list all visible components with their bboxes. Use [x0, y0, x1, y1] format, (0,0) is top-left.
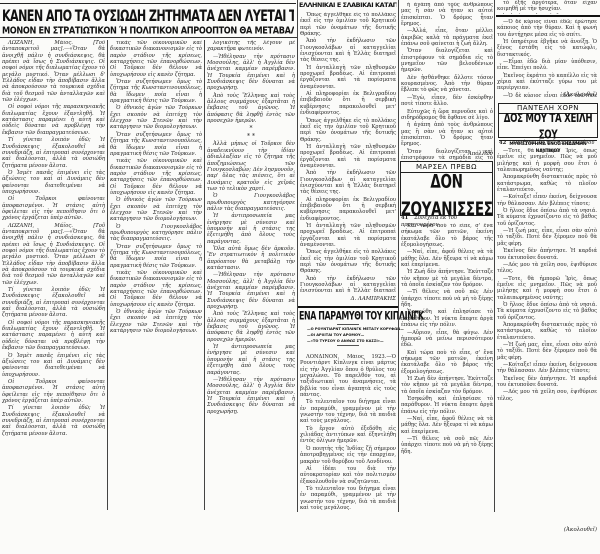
paragraph: Τί γίνεται λοιπὸν ἐδῶ; Ἡ Συνδιάσκεψις ἐξ…	[2, 137, 105, 169]
paragraph: Ἐκεῖνος ἐκράτει τὸ καπέλλο εἰς τὰ χέρια …	[497, 73, 597, 92]
paragraph: Αἱ πληροφορίαι ἐκ Βελιγραδίου ἐπιβεβαιοῦ…	[300, 197, 396, 222]
paragraph: ΛΩΖΑΝΗ, Μάϊος. [Τοῦ ἀνταποκριτοῦ μας].—«…	[2, 223, 105, 286]
lead-article-column-1: ΛΩΖΑΝΗ, Μάϊος. [Τοῦ ἀνταποκριτοῦ μας].—«…	[2, 40, 105, 510]
paragraph: Ὅπως ἀγγελθήκε εἰς τὸ πολλάκις ἐκεῖ εἰς …	[300, 249, 396, 274]
middle-column-headline: ΕΛΛΗΝΙΚΑΙ Ε ΣΛΑΒΙΚΑΙ ΚΑΤΑΓΓΕΛΙΑΙ	[299, 1, 397, 9]
paragraph: Ὁ ἐθνικὸς ἀγὼν τῶν Τούρκων ἔχει σκοπὸν ν…	[110, 309, 202, 334]
paragraph: Ἡ ἀνταλλαγὴ τῶν πληθυσμῶν προχωρεῖ βραδέ…	[300, 223, 396, 248]
paragraph: Ἐσηκώθη καὶ ἐπλησίασε τὸ παράθυρον. Ἡ νύ…	[401, 396, 493, 415]
paragraph: —Ἐγὼ, εἶπεν, δὲν ἐσκέφθην ποτὲ τίποτε ἄλ…	[401, 95, 493, 108]
paragraph: Ἡ ἀνταλλαγὴ τῶν πληθυσμῶν προχωρεῖ βραδέ…	[300, 65, 396, 90]
paragraph: Ἡ ἀντιπροσωπεία μας ἐνήργησε μὲ σύνεσιν …	[207, 344, 295, 376]
paragraph: ΛΟΝΔΙΝΟΝ, Μάϊος 1923.—Ὁ Ρουντιάρντ Κίπλι…	[300, 354, 396, 398]
paragraph: Ὅλα αὐτὰ ὅμως δὲν ἀρκοῦν. Ἓν στρατιωτικὸ…	[207, 246, 295, 271]
column-rule	[494, 0, 495, 512]
paragraph: —Τοτε, θὰ ἠμπορῶ Ἰρὶς, ὅπως ἐμεῖνε εἰς μ…	[497, 276, 597, 301]
serial-title: ΔΟΣ ΜΟΥ ΤΑ ΧΕΙΛΗ ΣΟΥ	[499, 111, 597, 144]
paragraph: τὸ ἐξῆς ἀργότερα, ὅταν εἶχαν κοιμηθῆ μὲ …	[497, 0, 597, 13]
paragraph: Ἀλλὰ μήπως οἱ Τοῦρκοι δὲν ἀναδεικνύουν τ…	[207, 141, 295, 192]
paragraph: —Ναί, εἶπε, ἀφοῦ θέλεις νὰ τὰ μάθῃς ὅλα.…	[401, 249, 493, 268]
fiction-continuation: ἡ ἀγάπη ἀπὸ τοὺς ἀνθρώπους μας ἢ σὰν νὰ …	[401, 2, 493, 162]
paragraph: Ἡ Ζωὴ δὲν ἀπήντησε. Ἐκύτταζε τὸν κῆπον μ…	[401, 376, 493, 395]
episode-number: 42	[499, 140, 506, 146]
paragraph: Εὐτυχῶς ἡ ὥρα περνοῦσε καὶ ὁ σιδηρόδρομο…	[401, 109, 493, 122]
kipling-story-body: ΛΟΝΔΙΝΟΝ, Μάϊος 1923.—Ὁ Ρουντιάρντ Κίπλι…	[300, 354, 396, 512]
section-rule	[496, 15, 600, 17]
paragraph: Οἱ σοφοὶ νόμοι τῆς παρασκηνιακῆς διπλωμα…	[2, 104, 105, 136]
paragraph: —Ἠθέλησαν τὴν πρότασιν Μοσσούλης, ἀλλ' ἡ…	[207, 54, 295, 92]
paragraph: Ἡ ἀντιπροσωπεία μας ἐνήργησε μὲ σύνεσιν …	[207, 213, 295, 245]
paragraph: Οἱ Τοῦρκοι φαίνονται ἀποφασισμένοι. Ἡ στ…	[2, 196, 105, 221]
paragraph: Τὸ ἔργον αὐτὸ ἐξεδόθη εἰς χιλιάδας ἀντιτ…	[300, 426, 396, 445]
paragraph: Ὁ ἥλιος ἔδυε ὀπίσω ἀπὸ τὰ νησιά. Τὰ κύμα…	[497, 302, 597, 321]
episode-label: Συνέχεια ἐκ τοῦ προηγουμένου	[512, 140, 594, 146]
episode-number: 41	[401, 215, 408, 221]
paragraph: Ἀπὸ τὴν ἐκδήλωσιν τῶν Γιουγκοσλάβων αἱ κ…	[300, 170, 396, 195]
paragraph: Ὁ ἥλιος ἔδυε ὀπίσω ἀπὸ τὰ νησιά. Τὰ κύμα…	[497, 208, 597, 227]
paragraph: Ὁ Γιουγκοσλάβος πρωθυπουργὸς κατηγόρησε …	[110, 224, 202, 243]
paragraph: Τὸ τελευταῖον του διήγημα εἶναι ἐν παραμ…	[300, 486, 396, 511]
paragraph: Ἐκεῖνος δὲν ἀπήντησε. Ἡ καρδιά του ἐκτυπ…	[497, 248, 597, 261]
paragraph: Ἐκεῖνος δὲν ἀπήντησε. Ἡ καρδιά του ἐκτυπ…	[497, 376, 597, 389]
serial-body-don-zouanisses: Καὶ τώρα ποὺ τὸ εἶπε, σ' ἕνα σήκωμα τῶν …	[401, 223, 493, 512]
paragraph: τικὰς τῶν οἰκονομικῶν καὶ δικαστικῶν δια…	[110, 158, 202, 196]
serial-header-dos-mou-ta-xeili-sou: ΠΑΝΤΕΛΗ ΧΟΡΝ ΔΟΣ ΜΟΥ ΤΑ ΧΕΙΛΗ ΣΟΥ ΜΥΘΙΣΤ…	[498, 103, 598, 138]
paragraph: Ὅταν διαλογίζεται καὶ ἐπιστρέφουν τὰ σημ…	[401, 48, 493, 73]
paragraph: —Δός μου τὰ χείλη σου, ἐψιθύρισε τέλος.	[497, 389, 597, 402]
paragraph: Δὲν ἠσθάνθηκε ἄλλοτε τόσον κουρασμένος. …	[401, 75, 493, 94]
lead-article-column-2: τικὰς τῶν οἰκονομικῶν καὶ δικαστικῶν δια…	[110, 40, 202, 510]
paragraph: Καὶ τώρα ποὺ τὸ εἶπε, σ' ἕνα σήκωμα τῶν …	[401, 223, 493, 248]
right-column-fiction: —Ὁ δὲ κύριος εἶναι ἐδῶ; ἐρώτησε κάποιος …	[497, 19, 597, 97]
paragraph: —Αὔριον, εἶπε, θὰ φύγω. Δὲν ἠμπορῶ νὰ με…	[401, 330, 493, 349]
paragraph: Ἀπομακρύνθη διστακτικός πρὸς τὸ κατάστρω…	[497, 174, 597, 193]
story-subhead: —«ΤΟ ΤΥΡΣΟΥ Ο ΑΝΘΩΣ ΣΤΟ ΚΑΣΣΙ»—	[299, 338, 397, 344]
paragraph: ἡ ἀγάπη ἀπὸ τοὺς ἀνθρώπους μας ἢ σὰν νὰ …	[401, 122, 493, 147]
paragraph: Ἡ ὑπηρέτρια ἐβγῆκε νὰ ἀνοίξῃ. Ὁ ξένος ἐσ…	[497, 39, 597, 58]
short-divider	[337, 345, 359, 346]
paragraph: λογικότης τῆς λέγουν μὲ χαρακτῆρα φωτειν…	[207, 40, 295, 53]
paragraph: —Τοτε, θὰ ἠμπορῶ Ἰρὶς, ὅπως ἐμεῖνε εἰς μ…	[497, 148, 597, 173]
paragraph: —Τί θέλεις νὰ σοῦ πῶ; Δὲν ὑπάρχει τίποτε…	[401, 289, 493, 308]
paragraph: —Ἡ ζωή μας, εἶπε, εἶναι σὰν αὐτὸ τὸ ταξί…	[497, 228, 597, 247]
serial-header-don-zouanisses: ΜΑΡΣΕΛ ΠΡΕΒΩ ΔΟΝ ΖΟΥΑΝΙΣΣΕΣ	[400, 161, 493, 216]
fiction-signature: Ἀπόλλων	[401, 151, 501, 157]
paragraph: Τί γίνεται λοιπὸν ἐδῶ; Ἡ Συνδιάσκεψις ἐξ…	[2, 287, 105, 319]
top-rule	[0, 3, 296, 4]
paragraph: Ὁ Γιουγκοσλάβος πρωθυπουργὸς κατηγόρησε …	[207, 193, 295, 212]
paragraph: Ὁ Ἰσμὲτ πασᾶς ἐπιμένει εἰς τὰς ἀξιώσεις …	[2, 353, 105, 378]
paragraph: Αἱ πληροφορίαι ἐκ Βελιγραδίου ἐπιβεβαιοῦ…	[300, 91, 396, 116]
paragraph: Ὁ ἐθνικὸς ἀγὼν τῶν Τούρκων ἔχει σκοπὸν ν…	[110, 105, 202, 130]
paragraph: —Τί θέλεις νὰ σοῦ πῶ; Δὲν ὑπάρχει τίποτε…	[401, 436, 493, 455]
byline-signature: Δ. ΛΑΜΠΡΑΚΗΣ	[300, 296, 404, 302]
paragraph: Ἀπὸ τοὺς Ἕλληνας καὶ τοὺς ἄλλους συμμάχο…	[207, 311, 295, 343]
right-column-top: τὸ ἐξῆς ἀργότερα, ὅταν εἶχαν κοιμηθῆ μὲ …	[497, 0, 597, 14]
paragraph: Ὁ Ἰσμὲτ πασᾶς ἐπιμένει εἰς τὰς ἀξιώσεις …	[2, 170, 105, 195]
paragraph: Ὁ ἐθνικὸς ἀγὼν τῶν Τούρκων ἔχει σκοπὸν ν…	[110, 197, 202, 222]
paragraph: —Εἶμαι ἐδῶ διὰ μίαν ὑπόθεσιν, εἶπε. Ἐπεί…	[497, 59, 597, 72]
paragraph: Ἀπὸ τὴν ἐκδήλωσιν τῶν Γιουγκοσλάβων αἱ κ…	[300, 276, 396, 292]
paragraph: Αἱ ἰδέαι του διὰ τὴν αὐτοκρατορίαν καὶ τ…	[300, 466, 396, 485]
newspaper-page: ΚΑΝΕΝ ΑΠΟ ΤΑ ΟΥΣΙΩΔΗ ΖΗΤΗΜΑΤΑ ΔΕΝ ΛΥΕΤΑΙ…	[0, 0, 600, 554]
column-rule	[297, 0, 298, 512]
paragraph: —Δός μου τὰ χείλη σου, ἐψιθύρισε τέλος.	[497, 262, 597, 275]
paragraph: Οἱ Τοῦρκοι φαίνονται ἀποφασισμένοι. Ἡ στ…	[2, 379, 105, 404]
lead-headline-main: ΚΑΝΕΝ ΑΠΟ ΤΑ ΟΥΣΙΩΔΗ ΖΗΤΗΜΑΤΑ ΔΕΝ ΛΥΕΤΑΙ…	[2, 6, 294, 25]
paragraph: Ὁ ποιητὴς τῆς Ἰνδίας ζῇ σήμερον ἀποτραβη…	[300, 446, 396, 465]
paragraph: —Κοίταξε! εἶπεν ἐκείνη, δείχνουσα τὴν θά…	[497, 194, 597, 207]
paragraph: —Ἀλλά, εἶπε, ὅταν μέλλει ἀκριβῶς καλὰ τὰ…	[401, 28, 493, 47]
serial-body-dos-mou: —Τοτε, θὰ ἠμπορῶ Ἰρὶς, ὅπως ἐμεῖνε εἰς μ…	[497, 148, 597, 514]
paragraph: Οἱ σοφοὶ νόμοι τῆς παρασκηνιακῆς διπλωμα…	[2, 320, 105, 352]
paragraph: τικὰς τῶν οἰκονομικῶν καὶ δικαστικῶν δια…	[110, 270, 202, 308]
paragraph: ΛΩΖΑΝΗ, Μάϊος. [Τοῦ ἀνταποκριτοῦ μας].—«…	[2, 40, 105, 103]
paragraph: Τί γίνεται λοιπὸν ἐδῶ; Ἡ Συνδιάσκεψις ἐξ…	[2, 405, 105, 437]
paragraph: Ἐσηκώθη καὶ ἐπλησίασε τὸ παράθυρον. Ἡ νύ…	[401, 309, 493, 328]
middle-column-top-article: Ὅπως ἀγγελθήκε εἰς τὸ πολλάκις ἐκεῖ εἰς …	[300, 12, 396, 292]
column-rule	[107, 40, 108, 510]
story-header: ΕΝΑ ΠΑΡΑΜΥΘΙ ΤΟΥ ΚΙΠΛΙΝΓΚ —Ο ΡΟΥΝΤΙΑΡΝΤ …	[299, 311, 397, 347]
paragraph: ἡ ἀγάπη ἀπὸ τοὺς ἀνθρώπους μας ἢ σὰν νὰ …	[401, 2, 493, 27]
paragraph: Ἀπομακρύνθη διστακτικός πρὸς τὸ κατάστρω…	[497, 322, 597, 341]
headline-rule	[0, 37, 297, 38]
paragraph: —Ἠθέλησαν τὴν πρότασιν Μοσσούλης, ἀλλ' ἡ…	[207, 272, 295, 310]
paragraph: Ὅταν συζητήσωμεν ὅμως τὸ ζήτημα τῆς Κωνσ…	[110, 244, 202, 269]
paragraph: —Ναί, εἶπε, ἀφοῦ θέλεις νὰ τὰ μάθῃς ὅλα.…	[401, 416, 493, 435]
column-rule	[204, 40, 205, 510]
paragraph: Ἡ Ζωὴ δὲν ἀπήντησε. Ἐκύτταζε τὸν κῆπον μ…	[401, 269, 493, 288]
paragraph: —Ὁ δὲ κύριος εἶναι ἐδῶ; ἐρώτησε κάποιος …	[497, 19, 597, 38]
paragraph: Ὅταν συζητήσωμεν ὅμως τὸ ζήτημα τῆς Κωνσ…	[110, 132, 202, 157]
paragraph: —Κοίταξε! εἶπεν ἐκείνη, δείχνουσα τὴν θά…	[497, 362, 597, 375]
paragraph: —Ἡ ζωή μας, εἶπε, εἶναι σὰν αὐτὸ τὸ ταξί…	[497, 342, 597, 361]
section-rule	[298, 306, 398, 308]
paragraph: Ἡ ἀνταλλαγὴ τῶν πληθυσμῶν προχωρεῖ βραδέ…	[300, 144, 396, 169]
paragraph: Καὶ τώρα ποὺ τὸ εἶπε, σ' ἕνα σήκωμα τῶν …	[401, 350, 493, 375]
serial-continued-signature: (Ἀκολουθεῖ)	[497, 527, 600, 533]
lead-headline-sub: ΜΟΝΟΝ ΕΝ ΣΤΡΑΤΙΩΤΙΚΟΝ Ή ΠΟΛΙΤΙΚΟΝ ΑΠΡΟΟΠ…	[2, 24, 294, 37]
lead-article-column-3: λογικότης τῆς λέγουν μὲ χαρακτῆρα φωτειν…	[207, 40, 295, 510]
paragraph: Ὅπως ἀγγελθήκε εἰς τὸ πολλάκις ἐκεῖ εἰς …	[300, 118, 396, 143]
paragraph: —Ἠθέλησαν τὴν πρότασιν Μοσσούλης, ἀλλ' ἡ…	[207, 377, 295, 415]
serial-episode-line: 42Συνέχεια ἐκ τοῦ προηγουμένου	[499, 140, 597, 147]
story-title: ΕΝΑ ΠΑΡΑΜΥΘΙ ΤΟΥ ΚΙΠΛΙΝΓΚ	[299, 309, 397, 325]
column-rule	[398, 0, 399, 512]
section-stars-divider: ** *	[207, 125, 295, 141]
paragraph: Τὸ τελευταῖον του διήγημα εἶναι ἐν παραμ…	[300, 399, 396, 424]
paragraph: Ἀπὸ τὴν ἐκδήλωσιν τῶν Γιουγκοσλάβων αἱ κ…	[300, 38, 396, 63]
paragraph: Ὅταν συζητήσωμεν ὅμως τὸ ζήτημα τῆς Κωνσ…	[110, 79, 202, 104]
paragraph: τικὰς τῶν οἰκονομικῶν καὶ δικαστικῶν δια…	[110, 40, 202, 78]
right-fiction-signature: (Ἀκολουθεῖ)	[497, 92, 600, 98]
paragraph: Ἀπὸ τοὺς Ἕλληνας καὶ τοὺς ἄλλους συμμάχο…	[207, 93, 295, 125]
paragraph: Ὅπως ἀγγελθήκε εἰς τὸ πολλάκις ἐκεῖ εἰς …	[300, 12, 396, 37]
